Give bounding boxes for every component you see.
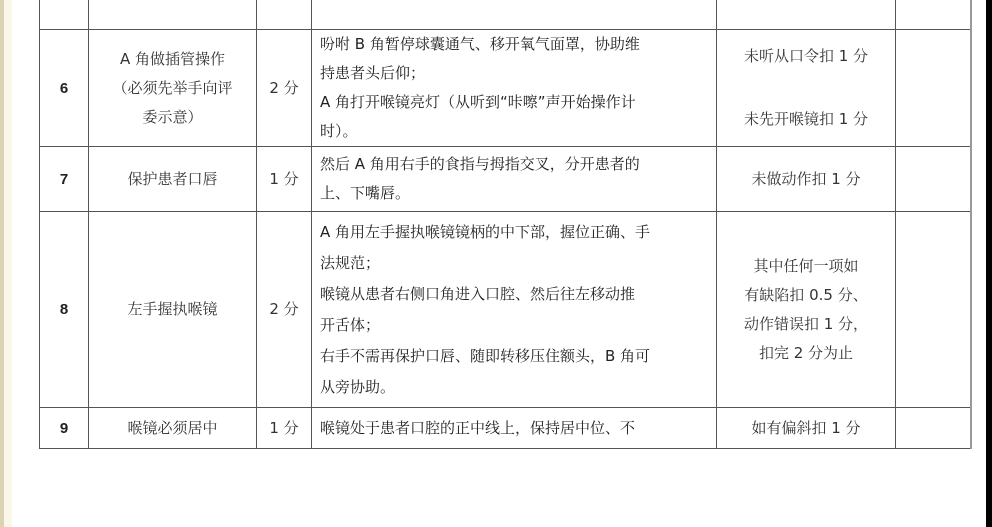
item-name: 喉镜必须居中 xyxy=(89,408,257,449)
table-row: 9 喉镜必须居中 1 分 喉镜处于患者口腔的正中线上，保持居中位、不 如有偏斜扣… xyxy=(40,408,972,449)
item-description: 然后 A 角用右手的食指与拇指交叉，分开患者的 上、下嘴唇。 xyxy=(312,147,717,212)
item-points: 1 分 xyxy=(257,408,312,449)
item-name: 保护患者口唇 xyxy=(89,147,257,212)
item-description: A 角用左手握执喉镜镜柄的中下部，握位正确、手 法规范； 喉镜从患者右侧口角进入… xyxy=(312,212,717,408)
deduction-rule: 如有偏斜扣 1 分 xyxy=(717,408,896,449)
item-name: 左手握执喉镜 xyxy=(89,212,257,408)
scoring-table: 6 A 角做插管操作 （必须先举手向评 委示意） 2 分 吩咐 B 角暂停球囊通… xyxy=(39,0,972,449)
table-row: 6 A 角做插管操作 （必须先举手向评 委示意） 2 分 吩咐 B 角暂停球囊通… xyxy=(40,30,972,147)
item-points: 2 分 xyxy=(257,212,312,408)
deduction-rule: 其中任何一项如 有缺陷扣 0.5 分、 动作错误扣 1 分， 扣完 2 分为止 xyxy=(717,212,896,408)
deduction-rule: 未做动作扣 1 分 xyxy=(717,147,896,212)
score-cell xyxy=(896,147,972,212)
item-name: A 角做插管操作 （必须先举手向评 委示意） xyxy=(89,30,257,147)
page-edge-right xyxy=(986,0,992,527)
item-points: 2 分 xyxy=(257,30,312,147)
item-number: 8 xyxy=(40,212,89,408)
score-cell xyxy=(896,212,972,408)
table-row: 7 保护患者口唇 1 分 然后 A 角用右手的食指与拇指交叉，分开患者的 上、下… xyxy=(40,147,972,212)
table-row: 8 左手握执喉镜 2 分 A 角用左手握执喉镜镜柄的中下部，握位正确、手 法规范… xyxy=(40,212,972,408)
item-description: 吩咐 B 角暂停球囊通气、移开氧气面罩，协助维 持患者头后仰； A 角打开喉镜亮… xyxy=(312,30,717,147)
item-number: 7 xyxy=(40,147,89,212)
item-number: 6 xyxy=(40,30,89,147)
item-description: 喉镜处于患者口腔的正中线上，保持居中位、不 xyxy=(312,408,717,449)
score-cell xyxy=(896,408,972,449)
item-points: 1 分 xyxy=(257,147,312,212)
table-row-partial xyxy=(40,0,972,30)
deduction-rule: 未听从口令扣 1 分 未先开喉镜扣 1 分 xyxy=(717,30,896,147)
item-number: 9 xyxy=(40,408,89,449)
page-margin-fade xyxy=(4,0,12,527)
score-cell xyxy=(896,30,972,147)
